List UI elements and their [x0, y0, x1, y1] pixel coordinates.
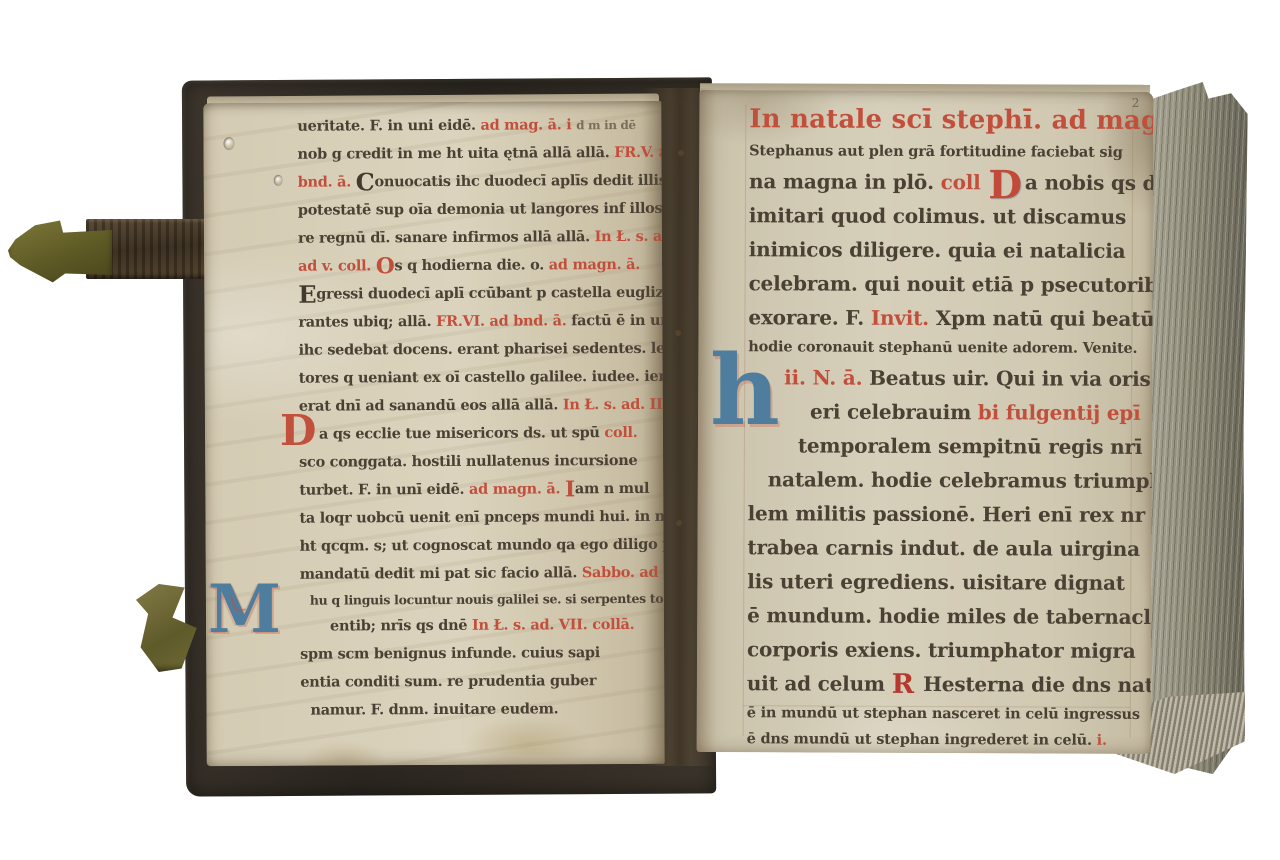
rubric-text: FR.V. ad: [614, 144, 665, 161]
script-text: exorare. F.: [748, 305, 870, 330]
text-line: ueritate. F. in uni eidē. ad mag. ā. i d…: [297, 111, 655, 141]
illuminated-initial: O: [376, 254, 395, 279]
text-line: ii. N. ā. Beatus uir. Qui in via oris. S…: [748, 360, 1144, 396]
illuminated-initial: C: [356, 168, 375, 196]
text-line: ta loqr uobcū uenit enī pnceps mundi hui…: [299, 503, 657, 533]
script-text: ta loqr uobcū uenit enī pnceps mundi hui…: [299, 508, 664, 527]
script-text: temporalem sempitnū regis nrī: [798, 433, 1142, 459]
illuminated-initial-d: D: [280, 414, 316, 448]
rubric-text: bnd. ā.: [298, 173, 356, 190]
script-text: trabea carnis indut. de aula uirgina: [747, 535, 1140, 561]
text-line: natalem. hodie celebramus triumpha: [748, 462, 1144, 498]
text-line: ad v. coll. Os q hodierna die. o. ad mag…: [298, 251, 656, 281]
script-text: inimicos diligere. quia ei natalicia: [749, 237, 1126, 263]
rubric-text: ad magn. ā.: [469, 480, 565, 498]
script-text: am n mul: [575, 480, 649, 497]
rubric-text: In natale scī stephī. ad magn. ā: [749, 104, 1153, 136]
script-text: Stephanus aut plen grā fortitudine facie…: [749, 142, 1123, 161]
script-text: lem militis passionē. Heri enī rex nr: [748, 501, 1146, 527]
script-text: celebram. qui nouit etiā p psecutorib;: [749, 271, 1154, 297]
text-line: namur. F. dnm. inuitare eudem.: [300, 695, 658, 725]
text-line: nob g credit in me ht uita ętnā allā all…: [297, 139, 655, 169]
text-line: entia conditi sum. re prudentia guber: [300, 667, 658, 697]
text-line: imitari quod colimus. ut discamus: [749, 198, 1145, 234]
script-text: erat dnī ad sanandū eos allā allā.: [299, 396, 563, 414]
rubric-text: FR.VI. ad bnd. ā.: [436, 312, 571, 330]
text-line: celebram. qui nouit etiā p psecutorib;: [749, 266, 1145, 302]
script-text: nob g credit in me ht uita ętnā allā all…: [297, 144, 614, 163]
script-text: re regnū dī. sanare infirmos allā allā.: [298, 228, 595, 247]
rubric-text: In Ł. s. ad. III. a: [563, 396, 665, 414]
text-line: entib; nrīs qs dnē In Ł. s. ad. VII. col…: [300, 611, 658, 641]
script-text: ueritate. F. in uni eidē.: [297, 117, 480, 135]
text-line: rantes ubiq; allā. FR.VI. ad bnd. ā. fac…: [298, 307, 656, 337]
text-line: lis uteri egrediens. uisitare dignat: [747, 564, 1143, 600]
script-text: turbet. F. in unī eidē.: [299, 481, 469, 499]
text-line: a qs ecclie tue misericors ds. ut spū co…: [299, 419, 657, 449]
text-line: ihc sedebat docens. erant pharisei seden…: [298, 335, 656, 365]
text-line: hodie coronauit stephanū uenite adorem. …: [748, 334, 1144, 362]
script-text: hu q linguis locuntur nouis galilei se. …: [310, 590, 665, 607]
text-line: ē dns mundū ut stephan ingrederet in cel…: [747, 726, 1143, 754]
rubric-text: ad magn. ā.: [549, 256, 640, 273]
script-text: corporis exiens. triumphator migra: [747, 637, 1136, 663]
script-text: factū ē in una die: [571, 312, 665, 330]
script-text: mandatū dedit mi pat sic facio allā.: [300, 564, 582, 582]
text-line: re regnū dī. sanare infirmos allā allā. …: [298, 223, 656, 253]
text-line: In natale scī stephī. ad magn. ā: [749, 100, 1145, 140]
script-text: Xpm natū qui beatū: [936, 306, 1154, 331]
text-line: trabea carnis indut. de aula uirgina: [747, 530, 1143, 566]
script-text: ht qcqm. s; ut cognoscat mundo qa ego di…: [300, 535, 665, 554]
rubric-text: In Ł. s. ad. VII. collā.: [472, 616, 634, 634]
text-line: hu q linguis locuntur nouis galilei se. …: [300, 587, 658, 613]
illuminated-initial: I: [565, 477, 575, 502]
script-text: tores q ueniant ex oī castello galilee. …: [299, 368, 665, 387]
script-text: hodie coronauit stephanū uenite adorem. …: [748, 338, 1137, 357]
text-line: sco conggata. hostili nullatenus incursi…: [299, 447, 657, 477]
script-text: Beatus uir. Qui in via oris.: [869, 366, 1153, 391]
script-text: ē in mundū ut stephan nasceret in celū i…: [747, 704, 1140, 723]
rubric-text: i.: [1097, 732, 1107, 749]
text-line: mandatū dedit mi pat sic facio allā. Sab…: [300, 559, 658, 589]
script-text: entib; nrīs qs dnē: [330, 617, 472, 635]
text-line: turbet. F. in unī eidē. ad magn. ā. Iam …: [299, 475, 657, 505]
script-text: potestatē sup oīa demonia ut langores in…: [298, 200, 665, 219]
left-page: ueritate. F. in uni eidē. ad mag. ā. i d…: [203, 101, 664, 766]
rubric-text: coll.: [604, 424, 637, 441]
script-text: rantes ubiq; allā.: [298, 313, 436, 331]
rubric-text: ii. N. ā.: [784, 365, 869, 389]
manuscript-photo: ueritate. F. in uni eidē. ad mag. ā. i d…: [0, 0, 1280, 860]
text-line: spm scm benignus infunde. cuius sapi: [300, 639, 658, 669]
clasp-strap-upper: [8, 212, 208, 290]
script-text: eri celebrauim: [810, 399, 978, 424]
text-line: lem militis passionē. Heri enī rex nr: [748, 496, 1144, 532]
script-text: lis uteri egrediens. uisitare dignat: [747, 569, 1125, 595]
rubric-text: Invit.: [871, 306, 936, 330]
text-line: ē in mundū ut stephan nasceret in celū i…: [747, 700, 1143, 728]
text-line: exorare. F. Invit. Xpm natū qui beatū: [748, 300, 1144, 336]
text-line: erat dnī ad sanandū eos allā allā. In Ł.…: [299, 391, 657, 421]
text-line: Stephanus aut plen grā fortitudine facie…: [749, 138, 1145, 166]
script-text: a nobis qs dnē: [1025, 170, 1154, 195]
script-text: sco conggata. hostili nullatenus incursi…: [299, 452, 637, 471]
script-text: ē mundum. hodie miles de tabernaclo: [747, 603, 1153, 629]
text-line: temporalem sempitnū regis nrī: [748, 428, 1144, 464]
script-text: Hesterna die dns natus: [923, 672, 1153, 697]
rubric-text: coll: [941, 170, 988, 194]
text-line: corporis exiens. triumphator migra: [747, 632, 1143, 668]
illuminated-initial-h: h: [710, 352, 780, 431]
script-text: ihc sedebat docens. erant pharisei seden…: [299, 339, 665, 358]
script-text: imitari quod colimus. ut discamus: [749, 203, 1126, 229]
script-text: s q hodierna die. o.: [394, 256, 548, 274]
text-line: na magna in plō. coll Da nobis qs dnē: [749, 164, 1145, 200]
rubric-text: Sabbo. ad bnd.: [582, 564, 665, 582]
text-line: uit ad celum R Hesterna die dns natus: [747, 666, 1143, 702]
script-text: natalem. hodie celebramus triumpha: [768, 467, 1154, 493]
script-text: ē dns mundū ut stephan ingrederet in cel…: [747, 730, 1097, 749]
text-line: bnd. ā. Conuocatis ihc duodecī aplīs ded…: [298, 167, 656, 197]
script-text: uit ad celum: [747, 671, 892, 696]
script-text: namur. F. dnm. inuitare eudem.: [310, 700, 558, 718]
rubric-text: bi fulgentij epī: [978, 400, 1141, 425]
rubric-text: ad v. coll.: [298, 257, 376, 274]
text-line: Egressi duodecī aplī ccūbant p castella …: [298, 279, 656, 309]
script-text: spm scm benignus infunde. cuius sapi: [300, 644, 600, 663]
text-line: tores q ueniant ex oī castello galilee. …: [299, 363, 657, 393]
fore-edge-page-block: [1146, 82, 1248, 775]
script-text: entia conditi sum. re prudentia guber: [300, 672, 596, 691]
text-line: eri celebrauim bi fulgentij epī: [748, 394, 1144, 430]
text-line: ht qcqm. s; ut cognoscat mundo qa ego di…: [300, 531, 658, 561]
script-text: na magna in plō.: [749, 169, 941, 194]
rubric-text: ad mag. ā. i: [480, 116, 576, 134]
text-line: potestatē sup oīa demonia ut langores in…: [298, 195, 656, 225]
text-line: ē mundum. hodie miles de tabernaclo: [747, 598, 1143, 634]
script-text: a qs ecclie tue misericors ds. ut spū: [319, 424, 604, 442]
script-text: gressi duodecī aplī ccūbant p castella e…: [316, 283, 665, 302]
script-text: onuocatis ihc duodecī aplīs dedit illis …: [374, 171, 664, 190]
text-line: inimicos diligere. quia ei natalicia: [749, 232, 1145, 268]
rubric-text: In Ł. s. ad. m: [595, 228, 665, 246]
left-page-text: ueritate. F. in uni eidē. ad mag. ā. i d…: [203, 101, 664, 766]
script-text: d m in dē: [576, 118, 636, 132]
illuminated-initial: E: [298, 281, 316, 309]
responsory-mark: R: [892, 669, 924, 700]
